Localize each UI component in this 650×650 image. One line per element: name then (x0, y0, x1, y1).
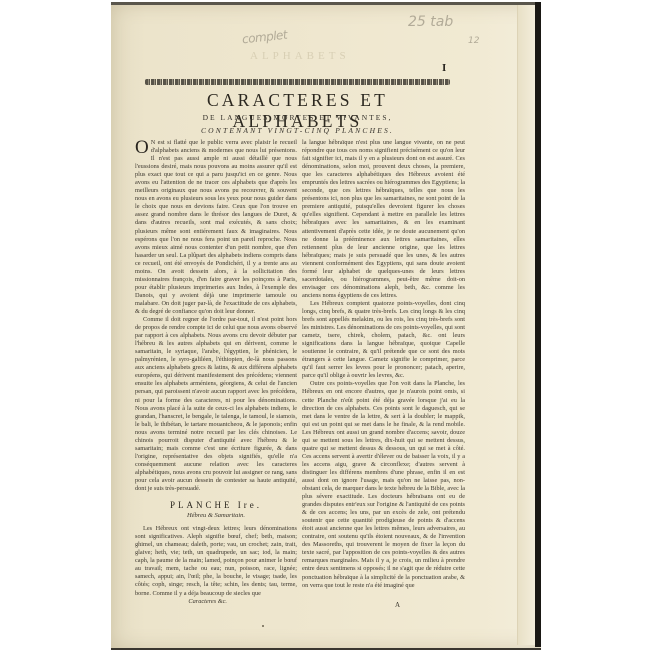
paragraph: ON est si flatté que le public verra ave… (135, 139, 297, 316)
plate-heading: PLANCHE Ire. (135, 501, 297, 509)
paragraph: Outre ces points-voyelles que l'on voit … (302, 380, 465, 589)
bleed-through-text: ALPHABETS (250, 50, 350, 62)
left-column: ON est si flatté que le public verra ave… (135, 139, 297, 606)
handwritten-note-plates: 25 tab (408, 14, 453, 30)
page-subtitle-italic: CONTENANT VINGT-CINQ PLANCHES. (140, 126, 455, 135)
page-fold-edge (517, 5, 536, 645)
page-number: I (442, 62, 446, 74)
paragraph-text: N est si flatté que le public verra avec… (135, 139, 297, 315)
ornamental-rule (145, 79, 450, 85)
handwritten-note-margin: 12 (468, 36, 479, 46)
paragraph: Les Hébreux ont vingt-deux lettres; leur… (135, 525, 297, 597)
page-subtitle: DE LANGUES MORTES ET VIVANTES, (140, 113, 455, 122)
signature-mark: A (395, 601, 400, 609)
plate-subheading: Hébreu & Samaritain. (135, 512, 297, 520)
catchword: Caracteres &c. (135, 598, 297, 606)
paragraph: la langue hébraïque n'est plus une langu… (302, 139, 465, 300)
page-shadow-edge (535, 2, 541, 647)
drop-cap: O (135, 140, 149, 156)
right-column: la langue hébraïque n'est plus une langu… (302, 139, 465, 590)
paragraph: Comme il doit regner de l'ordre par-tout… (135, 316, 297, 493)
paragraph: Les Hébreux comptent quatorze points-voy… (302, 300, 465, 380)
paper-speck (262, 625, 264, 627)
